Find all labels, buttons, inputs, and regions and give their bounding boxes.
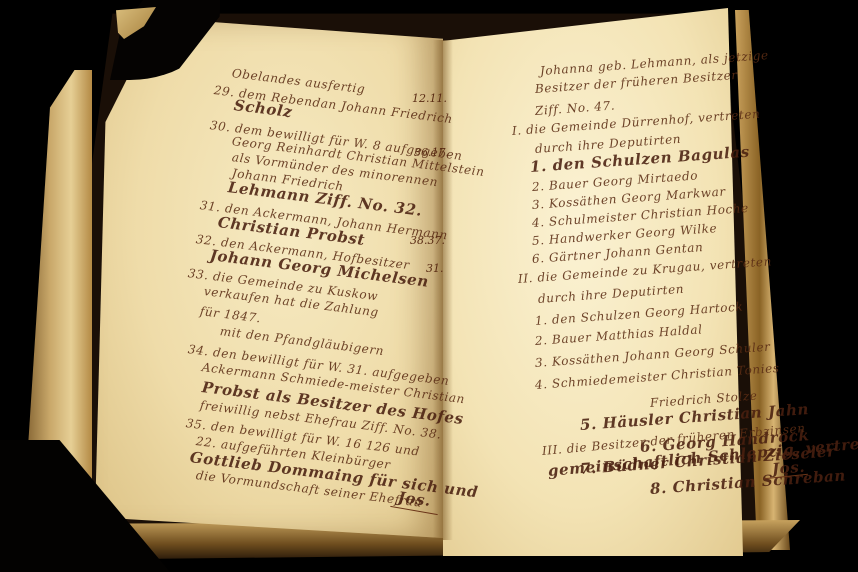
signature: Jos.: [397, 488, 432, 510]
margin-number: 12.11.: [412, 92, 447, 105]
margin-number: 31.: [426, 262, 444, 275]
photo-scene: Obelandes ausfertig 29. dem Rebendan Joh…: [0, 0, 858, 572]
margin-number: 38.37.: [410, 234, 445, 247]
margin-number: 36.17.: [414, 146, 449, 159]
